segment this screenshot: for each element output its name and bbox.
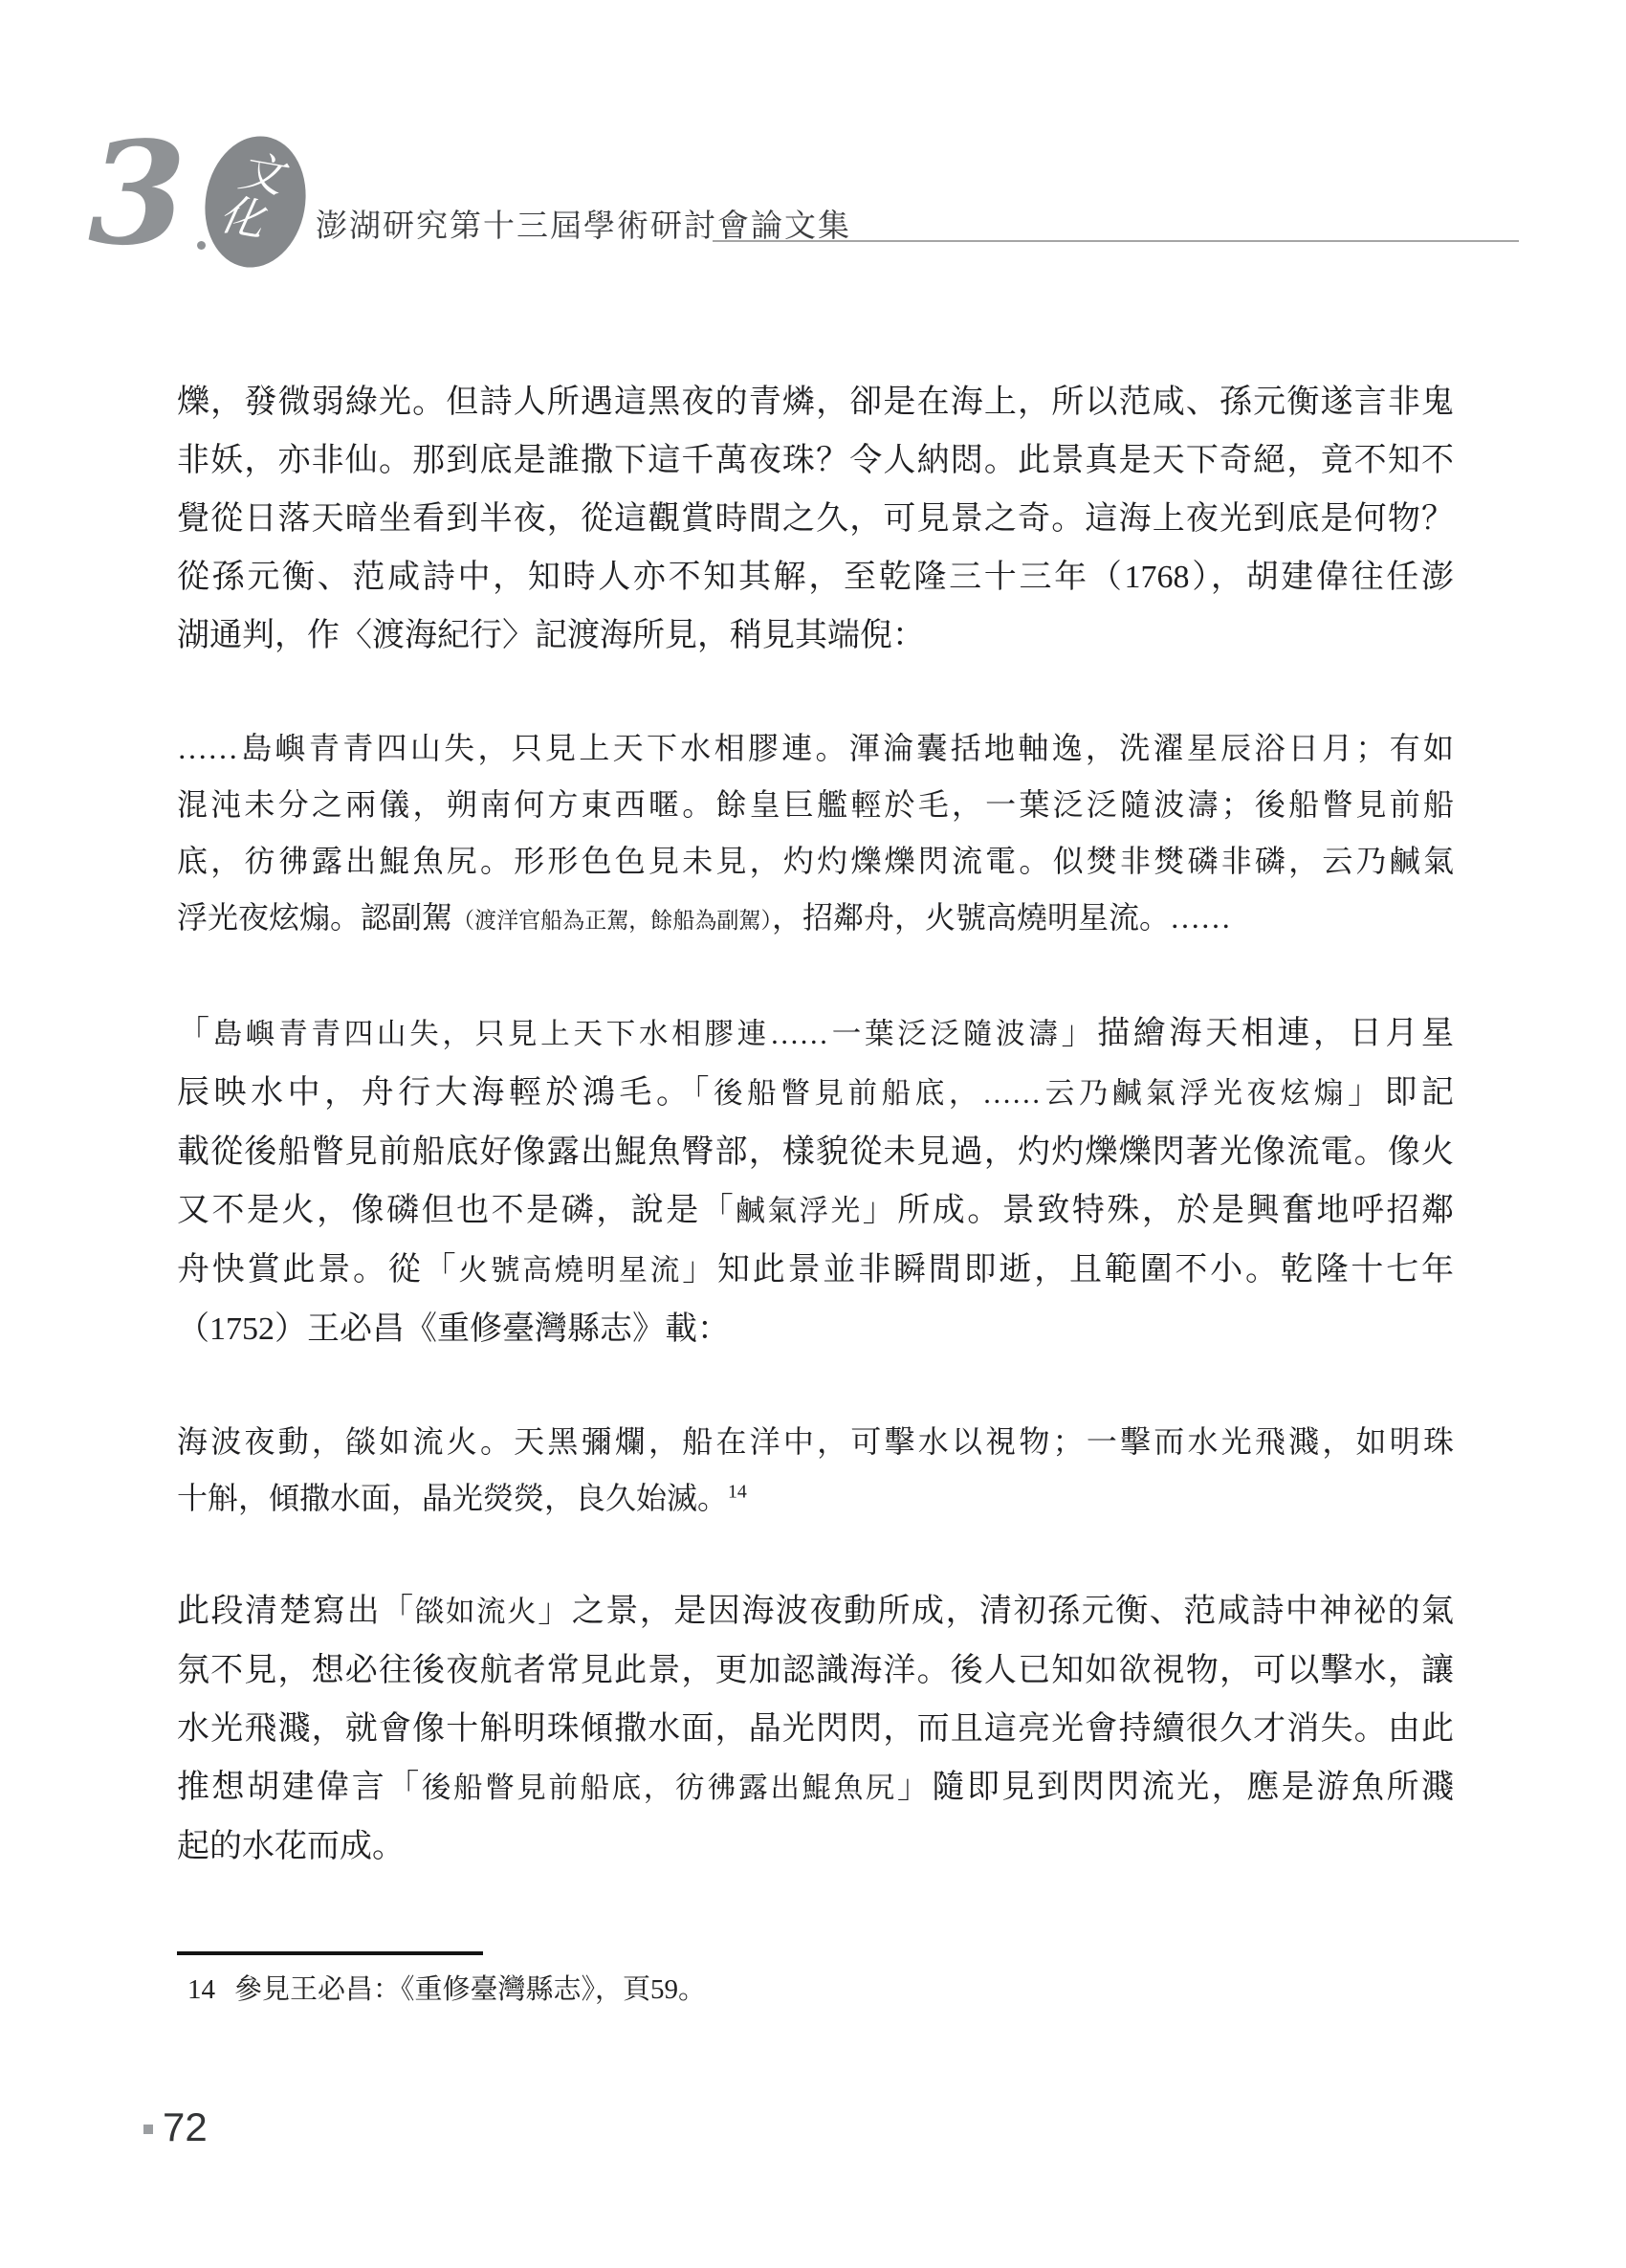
text-line: 海波夜動，燄如流火。天黑彌爛，船在洋中，可擊水以視物；一擊而水光飛濺，如明珠 xyxy=(177,1414,1454,1470)
paragraph-3: 此段清楚寫出「燄如流火」之景，是因海波夜動所成，清初孫元衡、范咸詩中神祕的氣氛不… xyxy=(177,1582,1454,1876)
text-line: ……島嶼青青四山失，只見上天下水相膠連。渾淪囊括地軸逸，洗濯星辰浴日月；有如 xyxy=(177,720,1454,777)
text-line: 辰映水中，舟行大海輕於鴻毛。「後船瞥見前船底，……云乃鹹氣浮光夜炫煽」即記 xyxy=(177,1064,1454,1123)
text-segment: 後船瞥見前船底，……云乃鹹氣浮光夜炫煽 xyxy=(714,1077,1348,1110)
text-segment: 水光飛濺，就會像十斛明珠傾撒水面，晶光閃閃，而且這亮光會持續很久才消失。由此 xyxy=(177,1711,1454,1747)
text-line: 「島嶼青青四山失，只見上天下水相膠連……一葉泛泛隨波濤」描繪海天相連，日月星 xyxy=(177,1004,1454,1064)
document-page: 3 文 化 澎湖研究第十三屆學術研討會論文集 爍，發微弱綠光。但詩人所遇這黑夜的… xyxy=(0,0,1626,2268)
paragraph-1: 爍，發微弱綠光。但詩人所遇這黑夜的青燐，卻是在海上，所以范咸、孫元衡遂言非鬼非妖… xyxy=(177,373,1454,665)
text-line: 水光飛濺，就會像十斛明珠傾撒水面，晶光閃閃，而且這亮光會持續很久才消失。由此 xyxy=(177,1700,1454,1758)
text-segment: 燄如流火 xyxy=(415,1596,538,1628)
text-segment: 「 xyxy=(177,1016,213,1051)
text-segment: ……島嶼青青四山失，只見上天下水相膠連。渾淪囊括地軸逸，洗濯星辰浴日月；有如 xyxy=(177,731,1454,765)
text-segment: 推想胡建偉言「 xyxy=(177,1770,422,1805)
footnote: 14參見王必昌：《重修臺灣縣志》，頁59。 xyxy=(187,1969,1431,2011)
footnote-rule xyxy=(177,1951,483,1955)
text-segment: 」所成。景致特殊，於是興奮地呼招鄰 xyxy=(863,1193,1454,1228)
text-segment: 火號高燒明星流 xyxy=(458,1254,682,1287)
text-segment: 從孫元衡、范咸詩中，知時人亦不知其解，至乾隆三十三年（1768），胡建偉往任澎 xyxy=(177,560,1454,595)
text-segment: 底，彷彿露出鯤魚尻。形形色色見未見，灼灼爍爍閃流電。似燓非燓磷非磷，云乃鹹氣 xyxy=(177,844,1454,878)
text-segment: 氛不見，想必往後夜航者常見此景，更加認識海洋。後人已知如欲視物，可以擊水，讓 xyxy=(177,1653,1454,1688)
quote-1: ……島嶼青青四山失，只見上天下水相膠連。渾淪囊括地軸逸，洗濯星辰浴日月；有如混沌… xyxy=(177,720,1454,949)
text-segment: 十斛，傾撒水面，晶光熒熒，良久始滅。 xyxy=(177,1481,728,1515)
footnote-ref: 14 xyxy=(728,1481,747,1502)
text-segment: 」之景，是因海波夜動所成，清初孫元衡、范咸詩中神祕的氣 xyxy=(538,1594,1454,1629)
page-header: 3 文 化 澎湖研究第十三屆學術研討會論文集 xyxy=(0,0,1626,287)
text-line: 從孫元衡、范咸詩中，知時人亦不知其解，至乾隆三十三年（1768），胡建偉往任澎 xyxy=(177,548,1454,606)
text-segment: 非妖，亦非仙。那到底是誰撒下這千萬夜珠？令人納悶。此景真是天下奇絕，竟不知不 xyxy=(177,443,1454,478)
text-segment: 湖通判，作〈渡海紀行〉記渡海所見，稍見其端倪： xyxy=(177,618,925,653)
text-segment: （1752）王必昌《重修臺灣縣志》載： xyxy=(177,1311,730,1347)
text-segment: 辰映水中，舟行大海輕於鴻毛。「 xyxy=(177,1075,714,1111)
culture-badge-icon: 文 化 xyxy=(195,128,316,275)
text-segment: 」知此景並非瞬間即逝，且範圍不小。乾隆十七年 xyxy=(682,1252,1454,1288)
paragraph-2: 「島嶼青青四山失，只見上天下水相膠連……一葉泛泛隨波濤」描繪海天相連，日月星辰映… xyxy=(177,1004,1454,1358)
text-segment: 覺從日落天暗坐看到半夜，從這觀賞時間之久，可見景之奇。這海上夜光到底是何物？ xyxy=(177,501,1454,537)
header-rule xyxy=(713,240,1519,242)
text-segment: 」描繪海天相連，日月星 xyxy=(1061,1016,1454,1051)
text-segment: ，招鄰舟，火號高燒明星流。…… xyxy=(772,900,1231,935)
text-line: 混沌未分之兩儀，朔南何方東西暱。餘皇巨艦輕於毛，一葉泛泛隨波濤；後船瞥見前船 xyxy=(177,777,1454,833)
text-segment: 海波夜動，燄如流火。天黑彌爛，船在洋中，可擊水以視物；一擊而水光飛濺，如明珠 xyxy=(177,1424,1454,1459)
text-line: 起的水花而成。 xyxy=(177,1817,1454,1876)
text-segment: 起的水花而成。 xyxy=(177,1829,405,1864)
text-segment: 又不是火，像磷但也不是磷，說是「 xyxy=(177,1193,736,1228)
text-segment: 」即記 xyxy=(1348,1075,1454,1111)
text-line: 氛不見，想必往後夜航者常見此景，更加認識海洋。後人已知如欲視物，可以擊水，讓 xyxy=(177,1641,1454,1700)
page-number-block: 72 xyxy=(143,2103,208,2152)
footnote-number: 14 xyxy=(187,1974,215,2005)
text-segment: 此段清楚寫出「 xyxy=(177,1594,415,1629)
journal-title: 澎湖研究第十三屆學術研討會論文集 xyxy=(316,201,851,246)
logo-dot-icon xyxy=(197,241,206,250)
text-line: 底，彷彿露出鯤魚尻。形形色色見未見，灼灼爍爍閃流電。似燓非燓磷非磷，云乃鹹氣 xyxy=(177,833,1454,890)
text-line: 覺從日落天暗坐看到半夜，從這觀賞時間之久，可見景之奇。這海上夜光到底是何物？ xyxy=(177,490,1454,548)
text-segment: 載從後船瞥見前船底好像露出鯤魚臀部，樣貌從未見過，灼灼爍爍閃著光像流電。像火 xyxy=(177,1134,1454,1170)
text-line: 浮光夜炫煽。認副駕（渡洋官船為正駕，餘船為副駕），招鄰舟，火號高燒明星流。…… xyxy=(177,890,1454,949)
text-segment: 後船瞥見前船底，彷彿露出鯤魚尻 xyxy=(422,1772,897,1804)
logo-char-bottom: 化 xyxy=(216,191,267,242)
page-number-marker-icon xyxy=(143,2125,153,2134)
text-line: （1752）王必昌《重修臺灣縣志》載： xyxy=(177,1300,1454,1358)
text-segment: 爍，發微弱綠光。但詩人所遇這黑夜的青燐，卻是在海上，所以范咸、孫元衡遂言非鬼 xyxy=(177,385,1454,420)
text-line: 又不是火，像磷但也不是磷，說是「鹹氣浮光」所成。景致特殊，於是興奮地呼招鄰 xyxy=(177,1181,1454,1241)
text-column: 爍，發微弱綠光。但詩人所遇這黑夜的青燐，卻是在海上，所以范咸、孫元衡遂言非鬼非妖… xyxy=(177,373,1454,1876)
text-line: 爍，發微弱綠光。但詩人所遇這黑夜的青燐，卻是在海上，所以范咸、孫元衡遂言非鬼 xyxy=(177,373,1454,431)
text-segment: 舟快賞此景。從「 xyxy=(177,1252,458,1288)
text-line: 此段清楚寫出「燄如流火」之景，是因海波夜動所成，清初孫元衡、范咸詩中神祕的氣 xyxy=(177,1582,1454,1641)
page-number: 72 xyxy=(163,2104,208,2150)
text-segment: 」隨即見到閃閃流光，應是游魚所濺 xyxy=(897,1770,1454,1805)
text-line: 非妖，亦非仙。那到底是誰撒下這千萬夜珠？令人納悶。此景真是天下奇絕，竟不知不 xyxy=(177,431,1454,490)
text-segment: （渡洋官船為正駕，餘船為副駕） xyxy=(452,908,772,933)
text-line: 十斛，傾撒水面，晶光熒熒，良久始滅。14 xyxy=(177,1470,1454,1527)
text-line: 湖通判，作〈渡海紀行〉記渡海所見，稍見其端倪： xyxy=(177,606,1454,665)
text-segment: 鹹氣浮光 xyxy=(736,1195,862,1227)
text-line: 推想胡建偉言「後船瞥見前船底，彷彿露出鯤魚尻」隨即見到閃閃流光，應是游魚所濺 xyxy=(177,1758,1454,1817)
text-segment: 混沌未分之兩儀，朔南何方東西暱。餘皇巨艦輕於毛，一葉泛泛隨波濤；後船瞥見前船 xyxy=(177,787,1454,822)
text-segment: 浮光夜炫煽。認副駕 xyxy=(177,900,452,935)
text-segment: 島嶼青青四山失，只見上天下水相膠連……一葉泛泛隨波濤 xyxy=(213,1018,1062,1050)
footnote-text: 參見王必昌：《重修臺灣縣志》，頁59。 xyxy=(234,1974,706,2005)
text-line: 舟快賞此景。從「火號高燒明星流」知此景並非瞬間即逝，且範圍不小。乾隆十七年 xyxy=(177,1241,1454,1300)
quote-2: 海波夜動，燄如流火。天黑彌爛，船在洋中，可擊水以視物；一擊而水光飛濺，如明珠十斛… xyxy=(177,1414,1454,1527)
logo-numeral: 3 xyxy=(88,122,187,264)
text-line: 載從後船瞥見前船底好像露出鯤魚臀部，樣貌從未見過，灼灼爍爍閃著光像流電。像火 xyxy=(177,1123,1454,1181)
